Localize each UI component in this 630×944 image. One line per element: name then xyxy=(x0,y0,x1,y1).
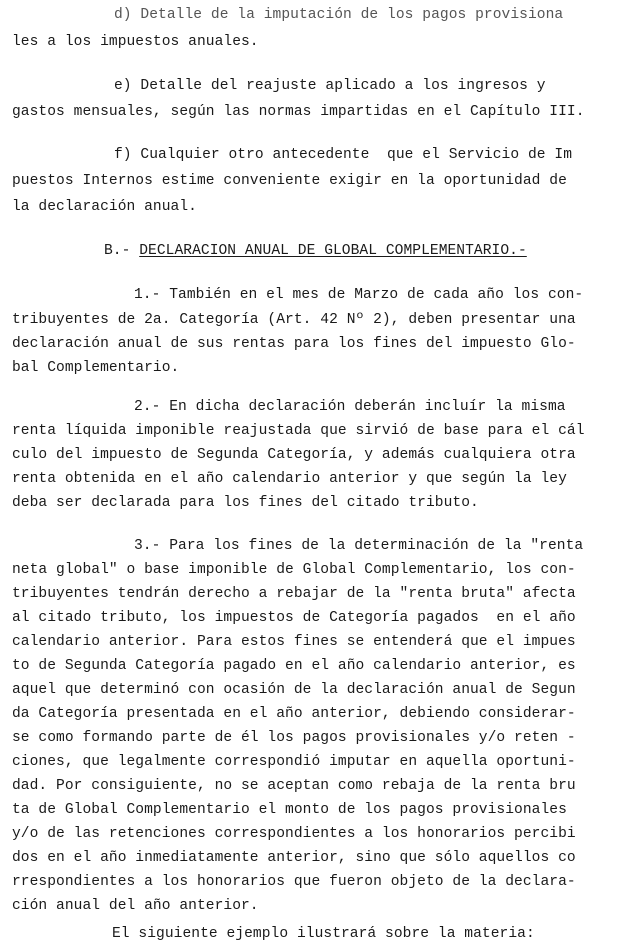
para-2-line-5: deba ser declarada para los fines del ci… xyxy=(12,494,479,512)
section-heading-prefix: B.- xyxy=(104,243,139,259)
para-3-line-12: ta de Global Complementario el monto de … xyxy=(12,801,567,819)
item-f-line-1: f) Cualquier otro antecedente que el Ser… xyxy=(114,146,572,164)
para-2-line-3: culo del impuesto de Segunda Categoría, … xyxy=(12,446,576,464)
item-d-line-2: les a los impuestos anuales. xyxy=(12,33,259,51)
para-2-line-2: renta líquida imponible reajustada que s… xyxy=(12,422,585,440)
para-3-line-9: se como formando parte de él los pagos p… xyxy=(12,729,576,747)
para-3-line-3: tribuyentes tendrán derecho a rebajar de… xyxy=(12,585,576,603)
para-3-line-2: neta global" o base imponible de Global … xyxy=(12,561,576,579)
para-3-line-10: ciones, que legalmente correspondió impu… xyxy=(12,753,576,771)
para-3-line-5: calendario anterior. Para estos fines se… xyxy=(12,633,576,651)
item-d-line-1: d) Detalle de la imputación de los pagos… xyxy=(114,6,563,24)
para-1-line-3: declaración anual de sus rentas para los… xyxy=(12,335,576,353)
section-heading-title: DECLARACION ANUAL DE GLOBAL COMPLEMENTAR… xyxy=(139,243,527,259)
item-f-line-3: la declaración anual. xyxy=(12,198,197,216)
para-3-line-1: 3.- Para los fines de la determinación d… xyxy=(134,537,583,555)
para-3-line-16: ción anual del año anterior. xyxy=(12,897,259,915)
item-e-line-2: gastos mensuales, según las normas impar… xyxy=(12,103,585,121)
section-heading: B.- DECLARACION ANUAL DE GLOBAL COMPLEME… xyxy=(104,242,527,260)
para-3-line-4: al citado tributo, los impuestos de Cate… xyxy=(12,609,576,627)
para-1-line-1: 1.- También en el mes de Marzo de cada a… xyxy=(134,286,583,304)
para-3-line-6: to de Segunda Categoría pagado en el año… xyxy=(12,657,576,675)
para-2-line-1: 2.- En dicha declaración deberán incluír… xyxy=(134,398,566,416)
para-3-line-11: dad. Por consiguiente, no se aceptan com… xyxy=(12,777,576,795)
para-1-line-4: bal Complementario. xyxy=(12,359,179,377)
item-f-line-2: puestos Internos estime conveniente exig… xyxy=(12,172,567,190)
para-2-line-4: renta obtenida en el año calendario ante… xyxy=(12,470,567,488)
para-3-line-8: da Categoría presentada en el año anteri… xyxy=(12,705,576,723)
item-e-line-1: e) Detalle del reajuste aplicado a los i… xyxy=(114,77,546,95)
closing-line: El siguiente ejemplo ilustrará sobre la … xyxy=(112,925,535,943)
para-3-line-7: aquel que determinó con ocasión de la de… xyxy=(12,681,576,699)
para-3-line-14: dos en el año inmediatamente anterior, s… xyxy=(12,849,576,867)
para-3-line-15: rrespondientes a los honorarios que fuer… xyxy=(12,873,576,891)
para-3-line-13: y/o de las retenciones correspondientes … xyxy=(12,825,576,843)
para-1-line-2: tribuyentes de 2a. Categoría (Art. 42 Nº… xyxy=(12,311,576,329)
